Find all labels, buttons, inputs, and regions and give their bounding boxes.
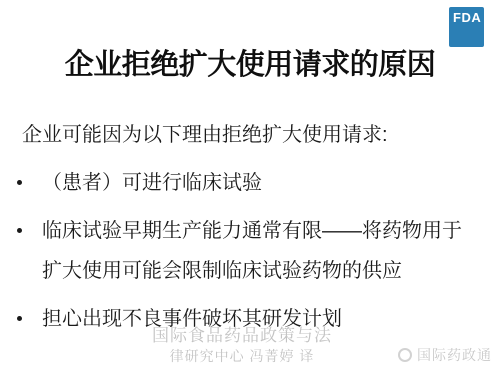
slide-title: 企业拒绝扩大使用请求的原因 [0,42,500,83]
presentation-slide: FDA 企业拒绝扩大使用请求的原因 国际食品药品政策与法 律研究中心 冯菁婷 译… [0,0,500,375]
bullet-dot-icon [17,180,22,185]
bullet-item: 临床试验早期生产能力通常有限——将药物用于扩大使用可能会限制临床试验药物的供应 [15,211,467,291]
bullet-item: （患者）可进行临床试验 [15,163,467,203]
bullet-dot-icon [17,316,22,321]
brandmark: 国际药政通 [398,345,492,365]
intro-line: 企业可能因为以下理由拒绝扩大使用请求: [15,115,467,155]
bullet-dot-icon [17,228,22,233]
bullet-text: （患者）可进行临床试验 [42,163,467,203]
brandmark-label: 国际药政通 [417,345,492,365]
bullet-text: 担心出现不良事件破坏其研发计划 [42,299,467,339]
brandmark-logo-icon [398,348,412,362]
fda-logo-label: FDA [453,10,481,25]
bullet-item: 担心出现不良事件破坏其研发计划 [15,299,467,339]
bullet-text: 临床试验早期生产能力通常有限——将药物用于扩大使用可能会限制临床试验药物的供应 [42,211,467,291]
slide-body: 企业可能因为以下理由拒绝扩大使用请求: （患者）可进行临床试验 临床试验早期生产… [15,115,467,339]
fda-logo: FDA [449,7,484,47]
